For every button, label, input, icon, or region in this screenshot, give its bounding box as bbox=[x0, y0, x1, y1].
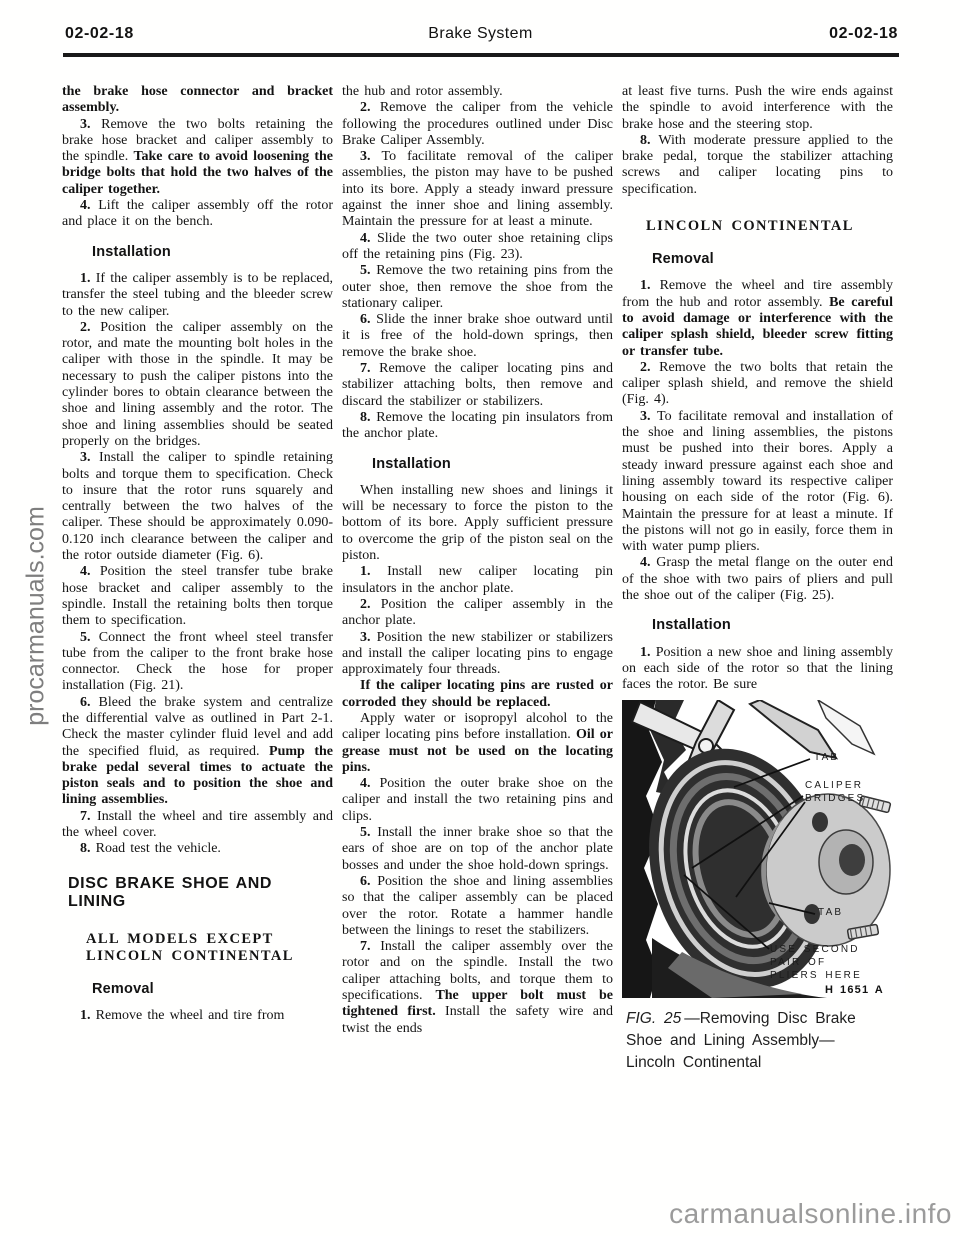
paragraph: 6. Slide the inner brake shoe outward un… bbox=[342, 312, 613, 361]
paragraph: 4. Grasp the metal flange on the outer e… bbox=[622, 555, 893, 604]
paragraph: 6. Position the shoe and lining assembli… bbox=[342, 874, 613, 939]
paragraph: the brake hose connector and bracket ass… bbox=[62, 84, 333, 117]
paragraph: When installing new shoes and linings it… bbox=[342, 483, 613, 564]
paragraph: 2. Remove the two bolts that retain the … bbox=[622, 360, 893, 409]
brake-shoe-removal-photo bbox=[622, 700, 905, 998]
paragraph: 4. Position the outer brake shoe on the … bbox=[342, 776, 613, 825]
manual-page: 02-02-18 Brake System 02-02-18 the brake… bbox=[0, 0, 960, 1236]
watermark-procarmanuals: procarmanuals.com bbox=[22, 504, 52, 729]
paragraph: 7. Remove the caliper locating pins and … bbox=[342, 361, 613, 410]
page-header: 02-02-18 Brake System 02-02-18 bbox=[63, 25, 898, 47]
subheading: Installation bbox=[652, 617, 893, 633]
paragraph: 4. Position the steel transfer tube brak… bbox=[62, 564, 333, 629]
paragraph: Apply water or isopropyl alcohol to the … bbox=[342, 711, 613, 776]
header-rule bbox=[63, 53, 899, 57]
subheading: Installation bbox=[92, 244, 333, 260]
paragraph: 1. If the caliper assembly is to be repl… bbox=[62, 271, 333, 320]
paragraph: 4. Lift the caliper assembly off the rot… bbox=[62, 198, 333, 231]
label-tab-lower: TAB bbox=[818, 906, 843, 919]
paragraph: 5. Connect the front wheel steel transfe… bbox=[62, 630, 333, 695]
page-number-right: 02-02-18 bbox=[829, 25, 898, 43]
paragraph: 4. Slide the two outer shoe retaining cl… bbox=[342, 231, 613, 264]
paragraph: 5. Install the inner brake shoe so that … bbox=[342, 825, 613, 874]
paragraph: 8. Road test the vehicle. bbox=[62, 841, 333, 857]
paragraph: 7. Install the wheel and tire assembly a… bbox=[62, 809, 333, 842]
subheading: Installation bbox=[372, 456, 613, 472]
figure-caption: FIG. 25—Removing Disc Brake Shoe and Lin… bbox=[626, 1008, 882, 1074]
paragraph: 3. Install the caliper to spindle retain… bbox=[62, 450, 333, 564]
section-heading: DISC BRAKE SHOE AND LINING bbox=[68, 875, 278, 911]
paragraph: 8. Remove the locating pin insulators fr… bbox=[342, 410, 613, 443]
paragraph: 3. Position the new stabilizer or stabil… bbox=[342, 630, 613, 679]
paragraph: 7. Install the caliper assembly over the… bbox=[342, 939, 613, 1037]
paragraph: 1. Remove the wheel and tire from bbox=[62, 1008, 333, 1024]
label-caliper-bridges: CALIPERBRIDGES bbox=[805, 779, 865, 805]
figure-25-photo: TABCALIPERBRIDGESTABUSE SECONDPAIR OFPLI… bbox=[622, 700, 905, 998]
model-heading: LINCOLN CONTINENTAL bbox=[646, 218, 881, 235]
paragraph: the hub and rotor assembly. bbox=[342, 84, 613, 100]
photo-id: H 1651 A bbox=[825, 982, 884, 998]
label-use-second-pair: USE SECONDPAIR OFPLIERS HERE bbox=[770, 943, 862, 982]
section-title: Brake System bbox=[63, 25, 898, 43]
text-column-right: at least five turns. Push the wire ends … bbox=[622, 84, 893, 1074]
paragraph: 6. Bleed the brake system and centralize… bbox=[62, 695, 333, 809]
paragraph: 8. With moderate pressure applied to the… bbox=[622, 133, 893, 198]
paragraph: 5. Remove the two retaining pins from th… bbox=[342, 263, 613, 312]
paragraph: If the caliper locating pins are rusted … bbox=[342, 678, 613, 711]
model-heading: ALL MODELS EXCEPT LINCOLN CONTINENTAL bbox=[86, 931, 321, 965]
text-column-left: the brake hose connector and bracket ass… bbox=[62, 84, 333, 1024]
paragraph: 3. To facilitate removal and installatio… bbox=[622, 409, 893, 556]
figure-number: FIG. 25 bbox=[626, 1010, 681, 1027]
paragraph: 1. Install new caliper locating pin insu… bbox=[342, 564, 613, 597]
paragraph: 2. Position the caliper assembly in the … bbox=[342, 597, 613, 630]
paragraph: 1. Remove the wheel and tire assembly fr… bbox=[622, 278, 893, 359]
subheading: Removal bbox=[652, 251, 893, 267]
watermark-carmanualsonline: carmanualsonline.info bbox=[669, 1198, 952, 1230]
subheading: Removal bbox=[92, 981, 333, 997]
paragraph: 3. Remove the two bolts retaining the br… bbox=[62, 117, 333, 198]
paragraph: 2. Remove the caliper from the vehicle f… bbox=[342, 100, 613, 149]
paragraph: at least five turns. Push the wire ends … bbox=[622, 84, 893, 133]
paragraph: 3. To facilitate removal of the caliper … bbox=[342, 149, 613, 230]
label-tab-upper: TAB bbox=[814, 751, 839, 764]
text-column-center: the hub and rotor assembly.2. Remove the… bbox=[342, 84, 613, 1037]
paragraph: 1. Position a new shoe and lining assemb… bbox=[622, 645, 893, 694]
paragraph: 2. Position the caliper assembly on the … bbox=[62, 320, 333, 450]
